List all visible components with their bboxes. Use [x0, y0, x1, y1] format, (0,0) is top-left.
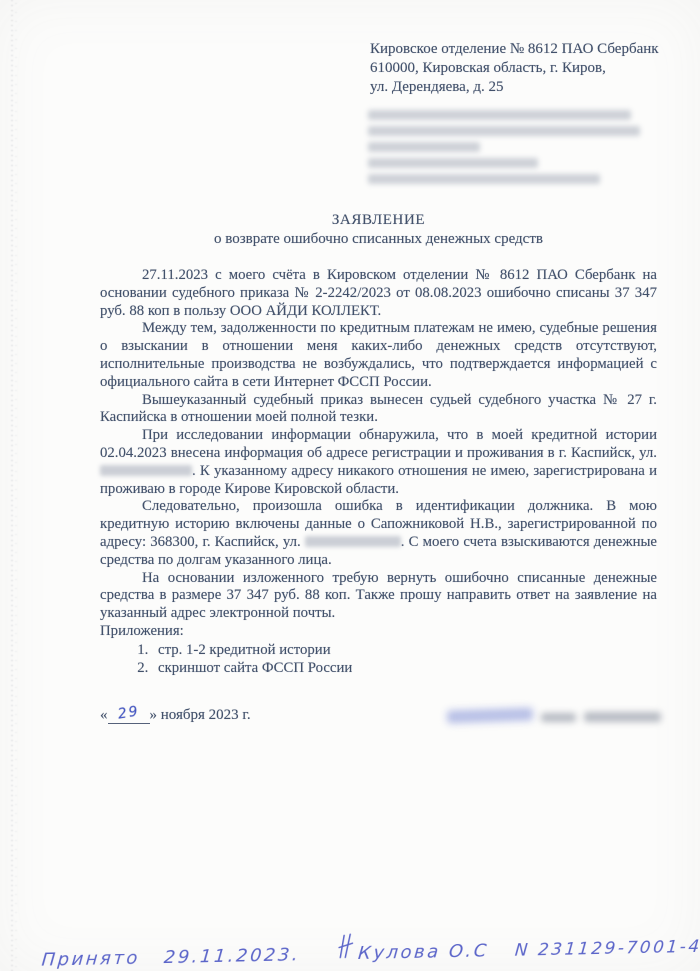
recipient-address-line: 610000, Кировская область, г. Киров,	[370, 59, 670, 78]
paragraph-debit-event: 27.11.2023 с моего счёта в Кировском отд…	[100, 267, 657, 320]
paragraph-identification-error: Следовательно, произошла ошибка в иденти…	[100, 498, 657, 569]
date-open-quote: «	[100, 707, 108, 723]
handwritten-day: 29	[116, 703, 140, 722]
scan-edge-artifacts	[15, 0, 17, 971]
redacted-street-name	[100, 465, 192, 476]
recipient-street-line: ул. Дерендяева, д. 25	[370, 78, 670, 97]
attachments-heading: Приложения:	[100, 622, 657, 641]
title-block: ЗАЯВЛЕНИЕ о возврате ошибочно списанных …	[100, 211, 657, 249]
redacted-street-name	[305, 536, 401, 547]
handwritten-officer-name: Кулова О.С	[357, 940, 490, 964]
handwritten-acceptance-note: Принято 29.11.2023. Кулова О.С N 231129-…	[41, 926, 688, 971]
redacted-applicant-block	[368, 110, 640, 190]
document-subtitle: о возврате ошибочно списанных денежных с…	[100, 230, 657, 249]
redacted-line	[368, 142, 480, 152]
handwritten-registration-number: N 231129-7001-406223	[514, 936, 700, 961]
date-rest: » ноября 2023 г.	[150, 707, 251, 723]
document-body: 27.11.2023 с моего счёта в Кировском отд…	[100, 267, 657, 623]
paragraph-credit-history: При исследовании информации обнаружила, …	[100, 427, 657, 498]
redacted-line	[368, 110, 631, 120]
handwritten-accepted-word: Принято	[41, 948, 141, 971]
attachments-list: стр. 1-2 кредитной истории скриншот сайт…	[100, 641, 657, 678]
redacted-signature-name	[541, 713, 576, 722]
paragraph-demand: На основании изложенного требую вернуть …	[100, 570, 657, 623]
redacted-line	[368, 174, 600, 184]
redacted-line	[368, 158, 538, 168]
paraph-mark	[335, 933, 354, 964]
document-title: ЗАЯВЛЕНИЕ	[100, 211, 657, 230]
scan-edge-artifacts	[11, 0, 13, 971]
recipient-bank-name: Кировское отделение № 8612 ПАО Сбербанк	[370, 40, 670, 59]
attachments-section: Приложения: стр. 1-2 кредитной истории с…	[100, 622, 657, 678]
scanned-application-document: Кировское отделение № 8612 ПАО Сбербанк …	[0, 0, 700, 971]
handwritten-accepted-date: 29.11.2023.	[163, 944, 301, 968]
attachment-item: скриншот сайта ФССП России	[152, 659, 657, 678]
paragraph-no-debts: Между тем, задолженности по кредитным пл…	[100, 320, 657, 391]
paragraph-text: При исследовании информации обнаружила, …	[100, 427, 657, 461]
redacted-line	[368, 126, 640, 136]
date-day-slot: 29	[108, 706, 150, 724]
recipient-address-block: Кировское отделение № 8612 ПАО Сбербанк …	[370, 40, 670, 97]
redacted-signature-ink	[447, 708, 533, 724]
attachment-item: стр. 1-2 кредитной истории	[152, 641, 657, 660]
date-line: «29» ноября 2023 г.	[100, 706, 251, 724]
redacted-signature-name	[584, 712, 661, 722]
paragraph-court-order: Вышеуказанный судебный приказ вынесен су…	[100, 392, 657, 428]
